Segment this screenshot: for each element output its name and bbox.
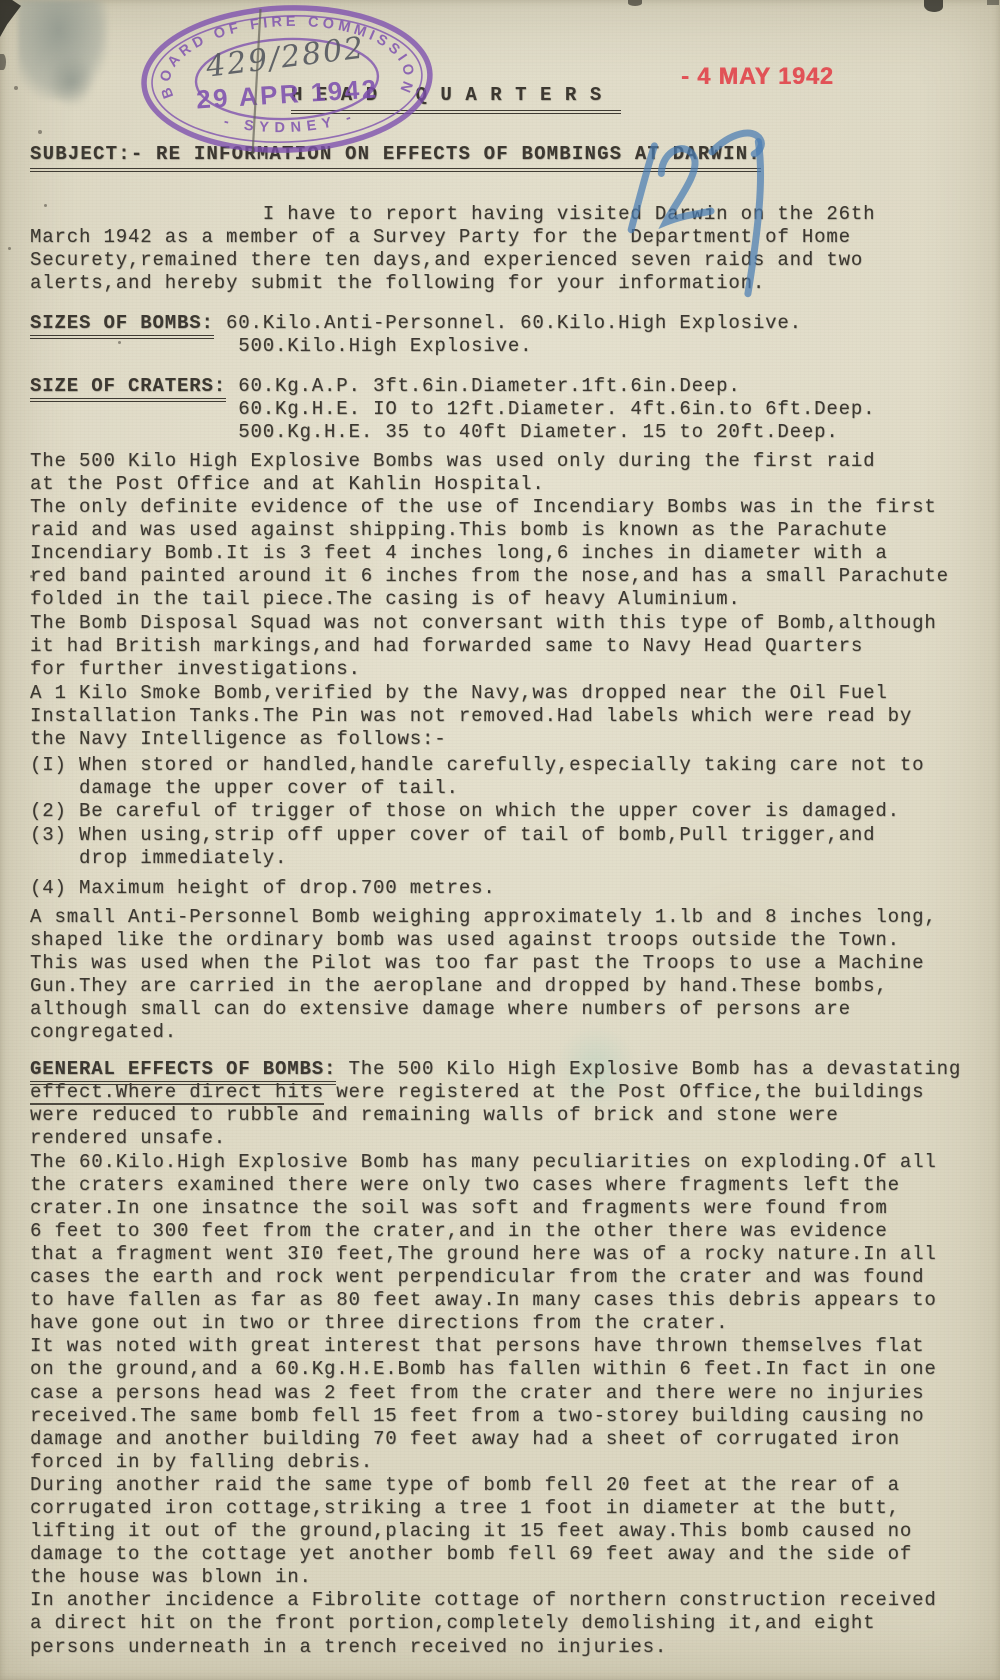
typed-text: for further investigations.	[30, 658, 361, 680]
typed-text: drop immediately.	[79, 847, 287, 869]
text-line: at the Post Office and at Kahlin Hospita…	[30, 473, 982, 496]
ink-speck	[14, 86, 18, 90]
typed-text: it had British markings,and had forwarde…	[30, 635, 863, 657]
text-line: damage the upper cover of tail.	[30, 777, 982, 800]
text-line: Gun.They are carried in the aeroplane an…	[30, 975, 982, 998]
text-line: drop immediately.	[30, 847, 982, 870]
text-line: This was used when the Pilot was too far…	[30, 952, 982, 975]
text-line: It was noted with great interest that pe…	[30, 1335, 982, 1358]
typed-text: cases the earth and rock went perpendicu…	[30, 1266, 924, 1288]
crayon-127: 127	[612, 120, 822, 306]
fire-commissioners-stamp: BOARD OF FIRE COMMISSIONERS OF N.S.W. - …	[135, 0, 438, 161]
text-line: although small can do extensive damage w…	[30, 998, 982, 1021]
text-line: case a persons head was 2 feet from the …	[30, 1382, 982, 1405]
received-date-stamp: - 4 MAY 1942	[681, 63, 834, 91]
document-page: HEAD QUARTERS - 4 MAY 1942 SUBJECT:- RE …	[0, 0, 1000, 1680]
text-line: damage and another building 70 feet away…	[30, 1428, 982, 1451]
typed-text: the house was blown in.	[30, 1566, 312, 1588]
text-line: (I) When stored or handled,handle carefu…	[30, 754, 982, 777]
text-line: shaped like the ordinary bomb was used a…	[30, 929, 982, 952]
digit-7-tail-stroke	[737, 142, 769, 294]
typed-text: 500.Kg.H.E. 35 to 40ft Diameter. 15 to 2…	[238, 421, 838, 443]
text-line: raid and was used against shipping.This …	[30, 519, 982, 542]
text-line: I have to report having visited Darwin o…	[30, 203, 982, 226]
text-line: (4) Maximum height of drop.700 metres.	[30, 877, 982, 900]
text-line: (2) Be careful of trigger of those on wh…	[30, 800, 982, 823]
typed-text: The 500 Kilo High Explosive Bombs was us…	[30, 450, 875, 472]
typed-text: 60.Kilo.Anti-Personnel. 60.Kilo.High Exp…	[214, 312, 802, 334]
text-line: that a fragment went 3I0 feet,The ground…	[30, 1243, 982, 1266]
typed-text: Installation Tanks.The Pin was not remov…	[30, 705, 912, 727]
edge-mark	[924, 0, 943, 12]
text-line: to have fallen as far as 80 feet away.In…	[30, 1289, 982, 1312]
text-line: rendered unsafe.	[30, 1127, 982, 1150]
typed-text: 6 feet to 300 feet from the crater,and i…	[30, 1220, 888, 1242]
typed-text: forced in by falling debris.	[30, 1451, 373, 1473]
typed-text: It was noted with great interest that pe…	[30, 1335, 924, 1357]
typed-text: This was used when the Pilot was too far…	[30, 952, 924, 974]
underlined-heading-text: SIZES OF BOMBS:	[30, 312, 214, 339]
text-line: crater.In one insatnce the soil was soft…	[30, 1197, 982, 1220]
typed-text: although small can do extensive damage w…	[30, 998, 851, 1020]
typed-text: damage to the cottage yet another bomb f…	[30, 1543, 912, 1565]
digit-2-stroke	[660, 147, 712, 222]
text-line: for further investigations.	[30, 658, 982, 681]
typed-text: received.The same bomb fell 15 feet from…	[30, 1405, 924, 1427]
svg-text:- SYDNEY -: - SYDNEY -	[222, 109, 356, 138]
handwritten-page-number: 127	[612, 120, 822, 306]
text-line: folded in the tail piece.The casing is o…	[30, 588, 982, 611]
typed-text: 60.Kg.A.P. 3ft.6in.Diameter.1ft.6in.Deep…	[226, 375, 741, 397]
text-line: The only definite evidence of the use of…	[30, 496, 982, 519]
text-line: it had British markings,and had forwarde…	[30, 635, 982, 658]
typed-text: 60.Kg.H.E. IO to 12ft.Diameter. 4ft.6in.…	[238, 398, 875, 420]
typed-text: were registered at the Post Office,the b…	[324, 1081, 924, 1103]
typed-text: that a fragment went 3I0 feet,The ground…	[30, 1243, 937, 1265]
grey-smudge	[18, 0, 108, 100]
typed-text: In another incidence a Fibrolite cottage…	[30, 1589, 937, 1611]
typed-text: A small Anti-Personnel Bomb weighing app…	[30, 906, 937, 928]
typed-text: the Navy Intelligence as follows:-	[30, 728, 447, 750]
text-line: 6 feet to 300 feet from the crater,and i…	[30, 1220, 982, 1243]
text-line: cases the earth and rock went perpendicu…	[30, 1266, 982, 1289]
text-line: The 500 Kilo High Explosive Bombs was us…	[30, 450, 982, 473]
text-line: SIZE OF CRATERS: 60.Kg.A.P. 3ft.6in.Diam…	[30, 375, 982, 398]
text-line: March 1942 as a member of a Survey Party…	[30, 226, 982, 249]
text-line: congregated.	[30, 1021, 982, 1044]
text-line: (3) When using,strip off upper cover of …	[30, 824, 982, 847]
typed-text: (3) When using,strip off upper cover of …	[30, 824, 875, 846]
edge-mark	[0, 54, 6, 70]
text-line: The 60.Kilo.High Explosive Bomb has many…	[30, 1151, 982, 1174]
typed-text: A 1 Kilo Smoke Bomb,verified by the Navy…	[30, 682, 888, 704]
text-line: During another raid the same type of bom…	[30, 1474, 982, 1497]
text-line: on the ground,and a 60.Kg.H.E.Bomb has f…	[30, 1358, 982, 1381]
text-line: SIZES OF BOMBS: 60.Kilo.Anti-Personnel. …	[30, 312, 982, 335]
typed-text: Gun.They are carried in the aeroplane an…	[30, 975, 888, 997]
text-line: forced in by falling debris.	[30, 1451, 982, 1474]
text-line: Installation Tanks.The Pin was not remov…	[30, 705, 982, 728]
text-line: In another incidence a Fibrolite cottage…	[30, 1589, 982, 1612]
text-line: received.The same bomb fell 15 feet from…	[30, 1405, 982, 1428]
digit-1-stroke	[625, 146, 660, 230]
grey-smudge-tail	[48, 55, 94, 107]
typed-text: The only definite evidence of the use of…	[30, 496, 937, 518]
text-line: The Bomb Disposal Squad was not conversa…	[30, 612, 982, 635]
typed-text: have gone out in two or three directions…	[30, 1312, 728, 1334]
digit-7-head-stroke	[711, 132, 762, 157]
underlined-heading-text: SIZE OF CRATERS:	[30, 375, 226, 402]
typed-text: The 60.Kilo.High Explosive Bomb has many…	[30, 1151, 937, 1173]
typed-text: case a persons head was 2 feet from the …	[30, 1382, 924, 1404]
text-line: have gone out in two or three directions…	[30, 1312, 982, 1335]
typed-text: folded in the tail piece.The casing is o…	[30, 588, 741, 610]
text-line: alerts,and hereby submit the following f…	[30, 272, 982, 295]
ink-speck	[38, 130, 42, 134]
dark-corner-mark	[0, 0, 21, 37]
typed-text: a direct hit on the front portion,comple…	[30, 1612, 875, 1634]
text-line: corrugated iron cottage,striking a tree …	[30, 1497, 982, 1520]
typed-text: rendered unsafe.	[30, 1127, 226, 1149]
text-line: red band painted around it 6 inches from…	[30, 565, 982, 588]
text-line: GENERAL EFFECTS OF BOMBS: The 500 Kilo H…	[30, 1058, 982, 1081]
typed-text: congregated.	[30, 1021, 177, 1043]
stamp-ring-text-bottom: - SYDNEY -	[222, 109, 356, 138]
typed-text: (I) When stored or handled,handle carefu…	[30, 754, 924, 776]
typed-text: persons underneath in a trench received …	[30, 1636, 667, 1658]
typed-text: on the ground,and a 60.Kg.H.E.Bomb has f…	[30, 1358, 937, 1380]
text-line: A small Anti-Personnel Bomb weighing app…	[30, 906, 982, 929]
typed-text: raid and was used against shipping.This …	[30, 519, 888, 541]
text-line: a direct hit on the front portion,comple…	[30, 1612, 982, 1635]
typed-text: shaped like the ordinary bomb was used a…	[30, 929, 900, 951]
typed-text: During another raid the same type of bom…	[30, 1474, 900, 1496]
stamp-graphic: BOARD OF FIRE COMMISSIONERS OF N.S.W. - …	[135, 0, 438, 161]
text-line: Incendiary Bomb.It is 3 feet 4 inches lo…	[30, 542, 982, 565]
typed-text: The Bomb Disposal Squad was not conversa…	[30, 612, 937, 634]
typed-text: to have fallen as far as 80 feet away.In…	[30, 1289, 937, 1311]
typed-text: Incendiary Bomb.It is 3 feet 4 inches lo…	[30, 542, 888, 564]
text-line: the Navy Intelligence as follows:-	[30, 728, 982, 751]
typed-text: damage the upper cover of tail.	[79, 777, 459, 799]
typed-text: The 500 Kilo High Explosive Bomb has a d…	[336, 1058, 961, 1080]
typed-text: were reduced to rubble and remaining wal…	[30, 1104, 839, 1126]
document-body: I have to report having visited Darwin o…	[30, 203, 982, 1659]
typed-text: (2) Be careful of trigger of those on wh…	[30, 800, 900, 822]
text-line: A 1 Kilo Smoke Bomb,verified by the Navy…	[30, 682, 982, 705]
edge-mark	[987, 0, 999, 5]
edge-mark	[628, 0, 642, 6]
text-line: Securety,remained there ten days,and exp…	[30, 249, 982, 272]
typed-text: the craters examined there were only two…	[30, 1174, 900, 1196]
text-line: were reduced to rubble and remaining wal…	[30, 1104, 982, 1127]
text-line: lifting it out of the ground,placing it …	[30, 1520, 982, 1543]
typed-text: at the Post Office and at Kahlin Hospita…	[30, 473, 545, 495]
text-line: persons underneath in a trench received …	[30, 1636, 982, 1659]
text-line: 500.Kg.H.E. 35 to 40ft Diameter. 15 to 2…	[30, 421, 982, 444]
typed-text: 500.Kilo.High Explosive.	[238, 335, 532, 357]
typed-text: red band painted around it 6 inches from…	[30, 565, 949, 587]
underlined-heading-text: effect.Where direct hits	[30, 1081, 324, 1105]
text-line: the craters examined there were only two…	[30, 1174, 982, 1197]
typed-text: lifting it out of the ground,placing it …	[30, 1520, 912, 1542]
text-line: effect.Where direct hits were registered…	[30, 1081, 982, 1104]
typed-text: corrugated iron cottage,striking a tree …	[30, 1497, 900, 1519]
text-line: damage to the cottage yet another bomb f…	[30, 1543, 982, 1566]
typed-text: crater.In one insatnce the soil was soft…	[30, 1197, 888, 1219]
text-line: the house was blown in.	[30, 1566, 982, 1589]
typed-text: (4) Maximum height of drop.700 metres.	[30, 877, 496, 899]
ink-speck	[8, 247, 11, 250]
typed-text: damage and another building 70 feet away…	[30, 1428, 900, 1450]
